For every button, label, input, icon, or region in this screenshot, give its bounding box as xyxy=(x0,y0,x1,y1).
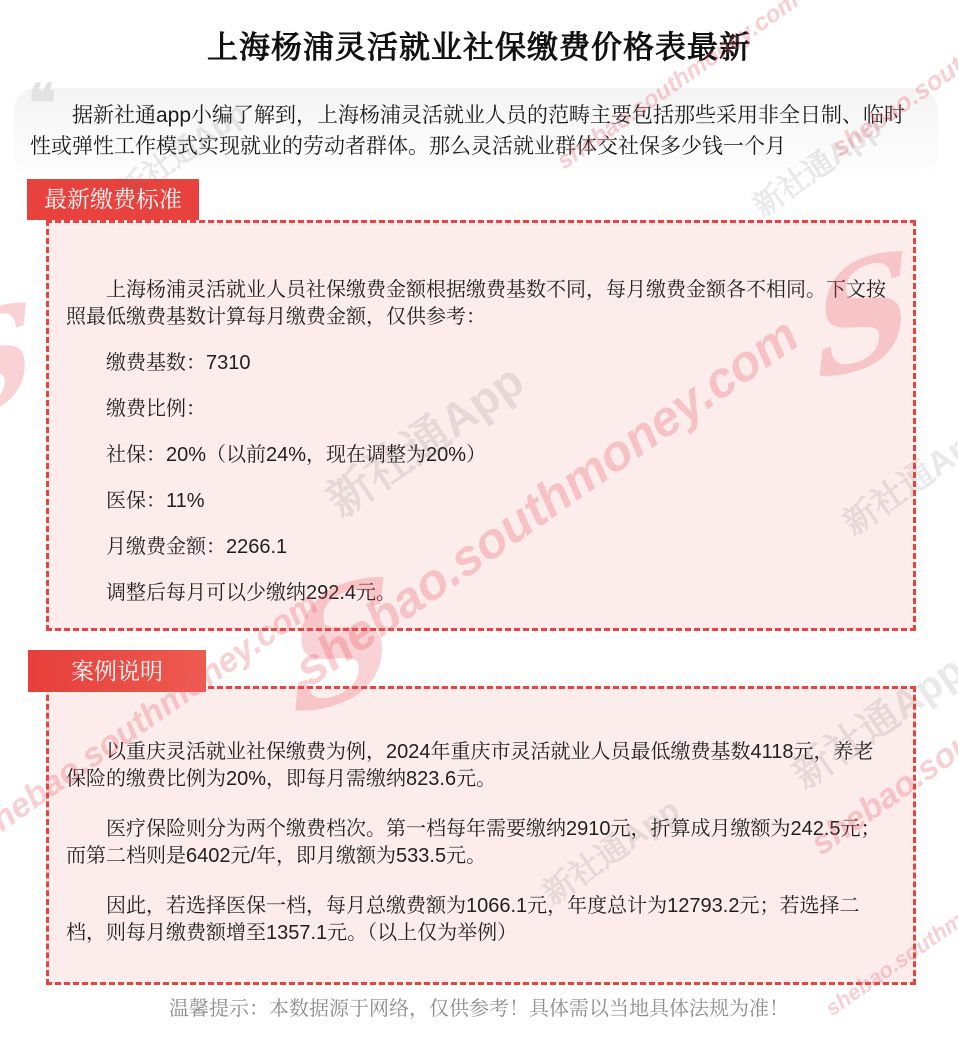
disclaimer-note: 温馨提示：本数据源于网络，仅供参考！具体需以当地具体法规为准！ xyxy=(0,992,958,1021)
section-label-case-example: 案例说明 xyxy=(28,650,206,692)
paragraph: 医疗保险则分为两个缴费档次。第一档每年需要缴纳2910元，折算成月缴额为242.… xyxy=(66,816,891,870)
paragraph: 医保：11% xyxy=(66,488,891,515)
latest-standard-box: 上海杨浦灵活就业人员社保缴费金额根据缴费基数不同，每月缴费金额各不相同。下文按照… xyxy=(46,220,916,631)
paragraph: 以重庆灵活就业社保缴费为例，2024年重庆市灵活就业人员最低缴费基数4118元，… xyxy=(66,739,891,793)
intro-text: 据新社通app小编了解到，上海杨浦灵活就业人员的范畴主要包括那些采用非全日制、临… xyxy=(30,100,918,162)
paragraph: 缴费基数：7310 xyxy=(66,350,891,377)
article-page: 上海杨浦灵活就业社保缴费价格表最新 ❝ 据新社通app小编了解到，上海杨浦灵活就… xyxy=(0,0,958,1056)
paragraph: 月缴费金额：2266.1 xyxy=(66,534,891,561)
brand-logo-icon: S xyxy=(0,269,40,455)
paragraph: 社保：20%（以前24%，现在调整为20%） xyxy=(66,442,891,469)
page-title: 上海杨浦灵活就业社保缴费价格表最新 xyxy=(0,22,958,67)
case-example-box: 以重庆灵活就业社保缴费为例，2024年重庆市灵活就业人员最低缴费基数4118元，… xyxy=(46,686,916,985)
section-label-latest-standard: 最新缴费标准 xyxy=(27,179,199,220)
paragraph: 上海杨浦灵活就业人员社保缴费金额根据缴费基数不同，每月缴费金额各不相同。下文按照… xyxy=(66,277,891,331)
paragraph: 缴费比例： xyxy=(66,396,891,423)
paragraph: 调整后每月可以少缴纳292.4元。 xyxy=(66,580,891,607)
paragraph: 因此，若选择医保一档，每月总缴费额为1066.1元，年度总计为12793.2元；… xyxy=(66,893,891,947)
intro-summary-box: ❝ 据新社通app小编了解到，上海杨浦灵活就业人员的范畴主要包括那些采用非全日制… xyxy=(14,88,938,176)
